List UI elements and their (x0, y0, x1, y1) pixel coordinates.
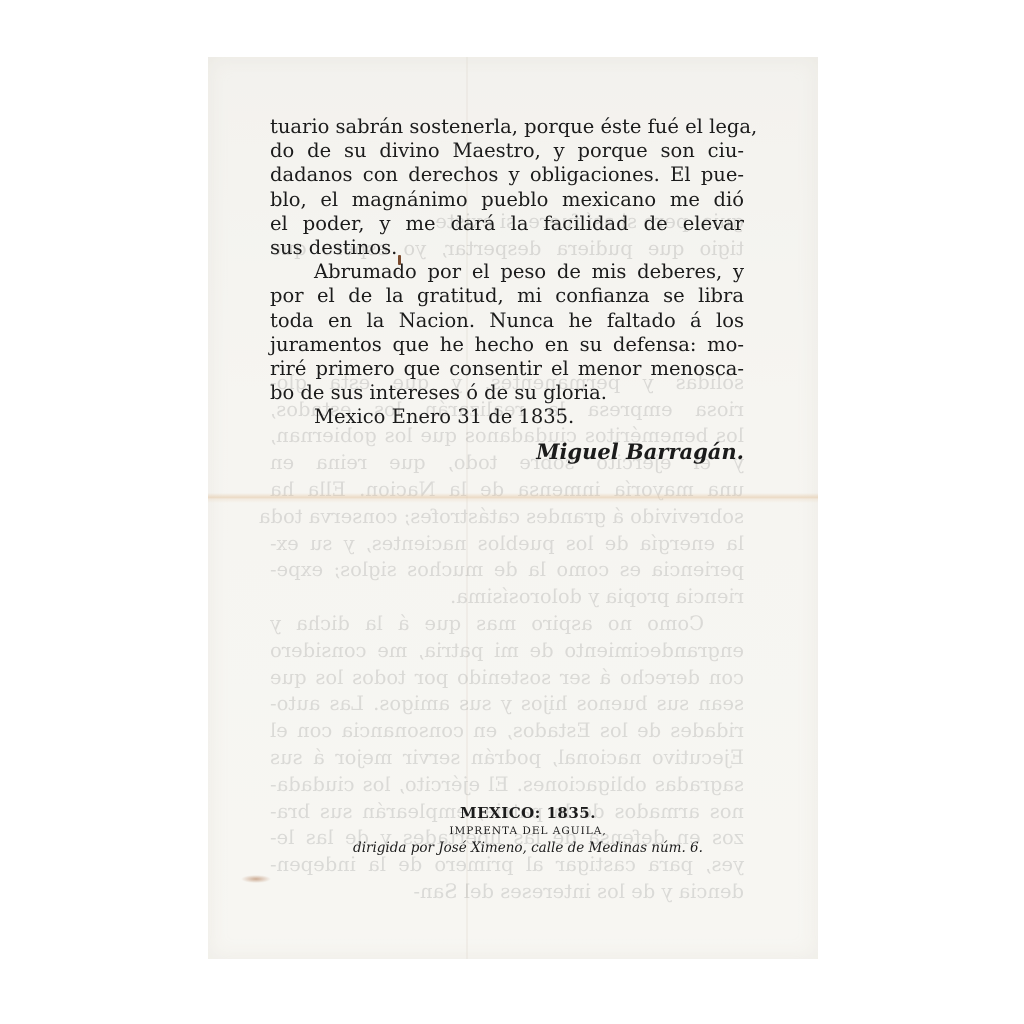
text-line: blo, el magnánimo pueblo mexicano me dió (270, 188, 744, 212)
imprint-address: dirigida por José Ximeno, calle de Medin… (208, 839, 818, 857)
text-line: dadanos con derechos y obligaciones. El … (270, 163, 744, 187)
text-line: tuario sabrán sostenerla, porque éste fu… (270, 115, 744, 139)
text-line: riré primero que consentir el menor meno… (270, 357, 744, 381)
ink-stain (241, 875, 271, 883)
ghost-line: con derecho á ser sostenido por todos lo… (270, 665, 744, 692)
ghost-line: sobrevivido á grandes catástrofes; conse… (270, 504, 744, 531)
text-line: Abrumado por el peso de mis deberes, y (270, 260, 744, 284)
imprint-block: MEXICO: 1835. IMPRENTA DEL AGUILA, dirig… (208, 803, 818, 857)
signature: Miguel Barragán. (270, 440, 744, 464)
ghost-line: Como no aspiro mas que á la dicha y (270, 611, 744, 638)
ink-mark (398, 255, 401, 265)
text-line: por el de la gratitud, mi confianza se l… (270, 284, 744, 308)
place-and-date: Mexico Enero 31 de 1835. (270, 405, 744, 429)
ghost-line: engrandecimiento de mi patria, me consid… (270, 638, 744, 665)
text-line: sus destinos. (270, 236, 744, 260)
text-line: bo de sus intereses ó de su gloria. (270, 381, 744, 405)
text-line: do de su divino Maestro, y porque son ci… (270, 139, 744, 163)
ghost-line: ridades de los Estados, en consonancia c… (270, 718, 744, 745)
ghost-line: dencia y de los intereses del San- (270, 879, 744, 906)
text-line: toda en la Nacion. Nunca he faltado á lo… (270, 309, 744, 333)
ghost-line: periencia es como la de muchos siglos; e… (270, 557, 744, 584)
ghost-line: riencia propia y dolorosísima. (270, 584, 744, 611)
ghost-line: sagradas obligaciones. El ejército, los … (270, 772, 744, 799)
ghost-line: la energía de los pueblos nacientes, y s… (270, 531, 744, 558)
document-page: guia; pero si así fuere, si existe tigio… (208, 57, 818, 959)
body-text: tuario sabrán sostenerla, porque éste fu… (270, 115, 744, 464)
text-line: el poder, y me dará la facilidad de elev… (270, 212, 744, 236)
horizontal-fold-crease (208, 493, 818, 503)
text-line: juramentos que he hecho en su defensa: m… (270, 333, 744, 357)
ghost-line: sean sus buenos hijos y sus amigos. Las … (270, 691, 744, 718)
imprint-city-year: MEXICO: 1835. (208, 803, 818, 823)
ghost-line: Ejecutivo nacional, podrán servir mejor … (270, 745, 744, 772)
imprint-press: IMPRENTA DEL AGUILA, (208, 823, 818, 839)
